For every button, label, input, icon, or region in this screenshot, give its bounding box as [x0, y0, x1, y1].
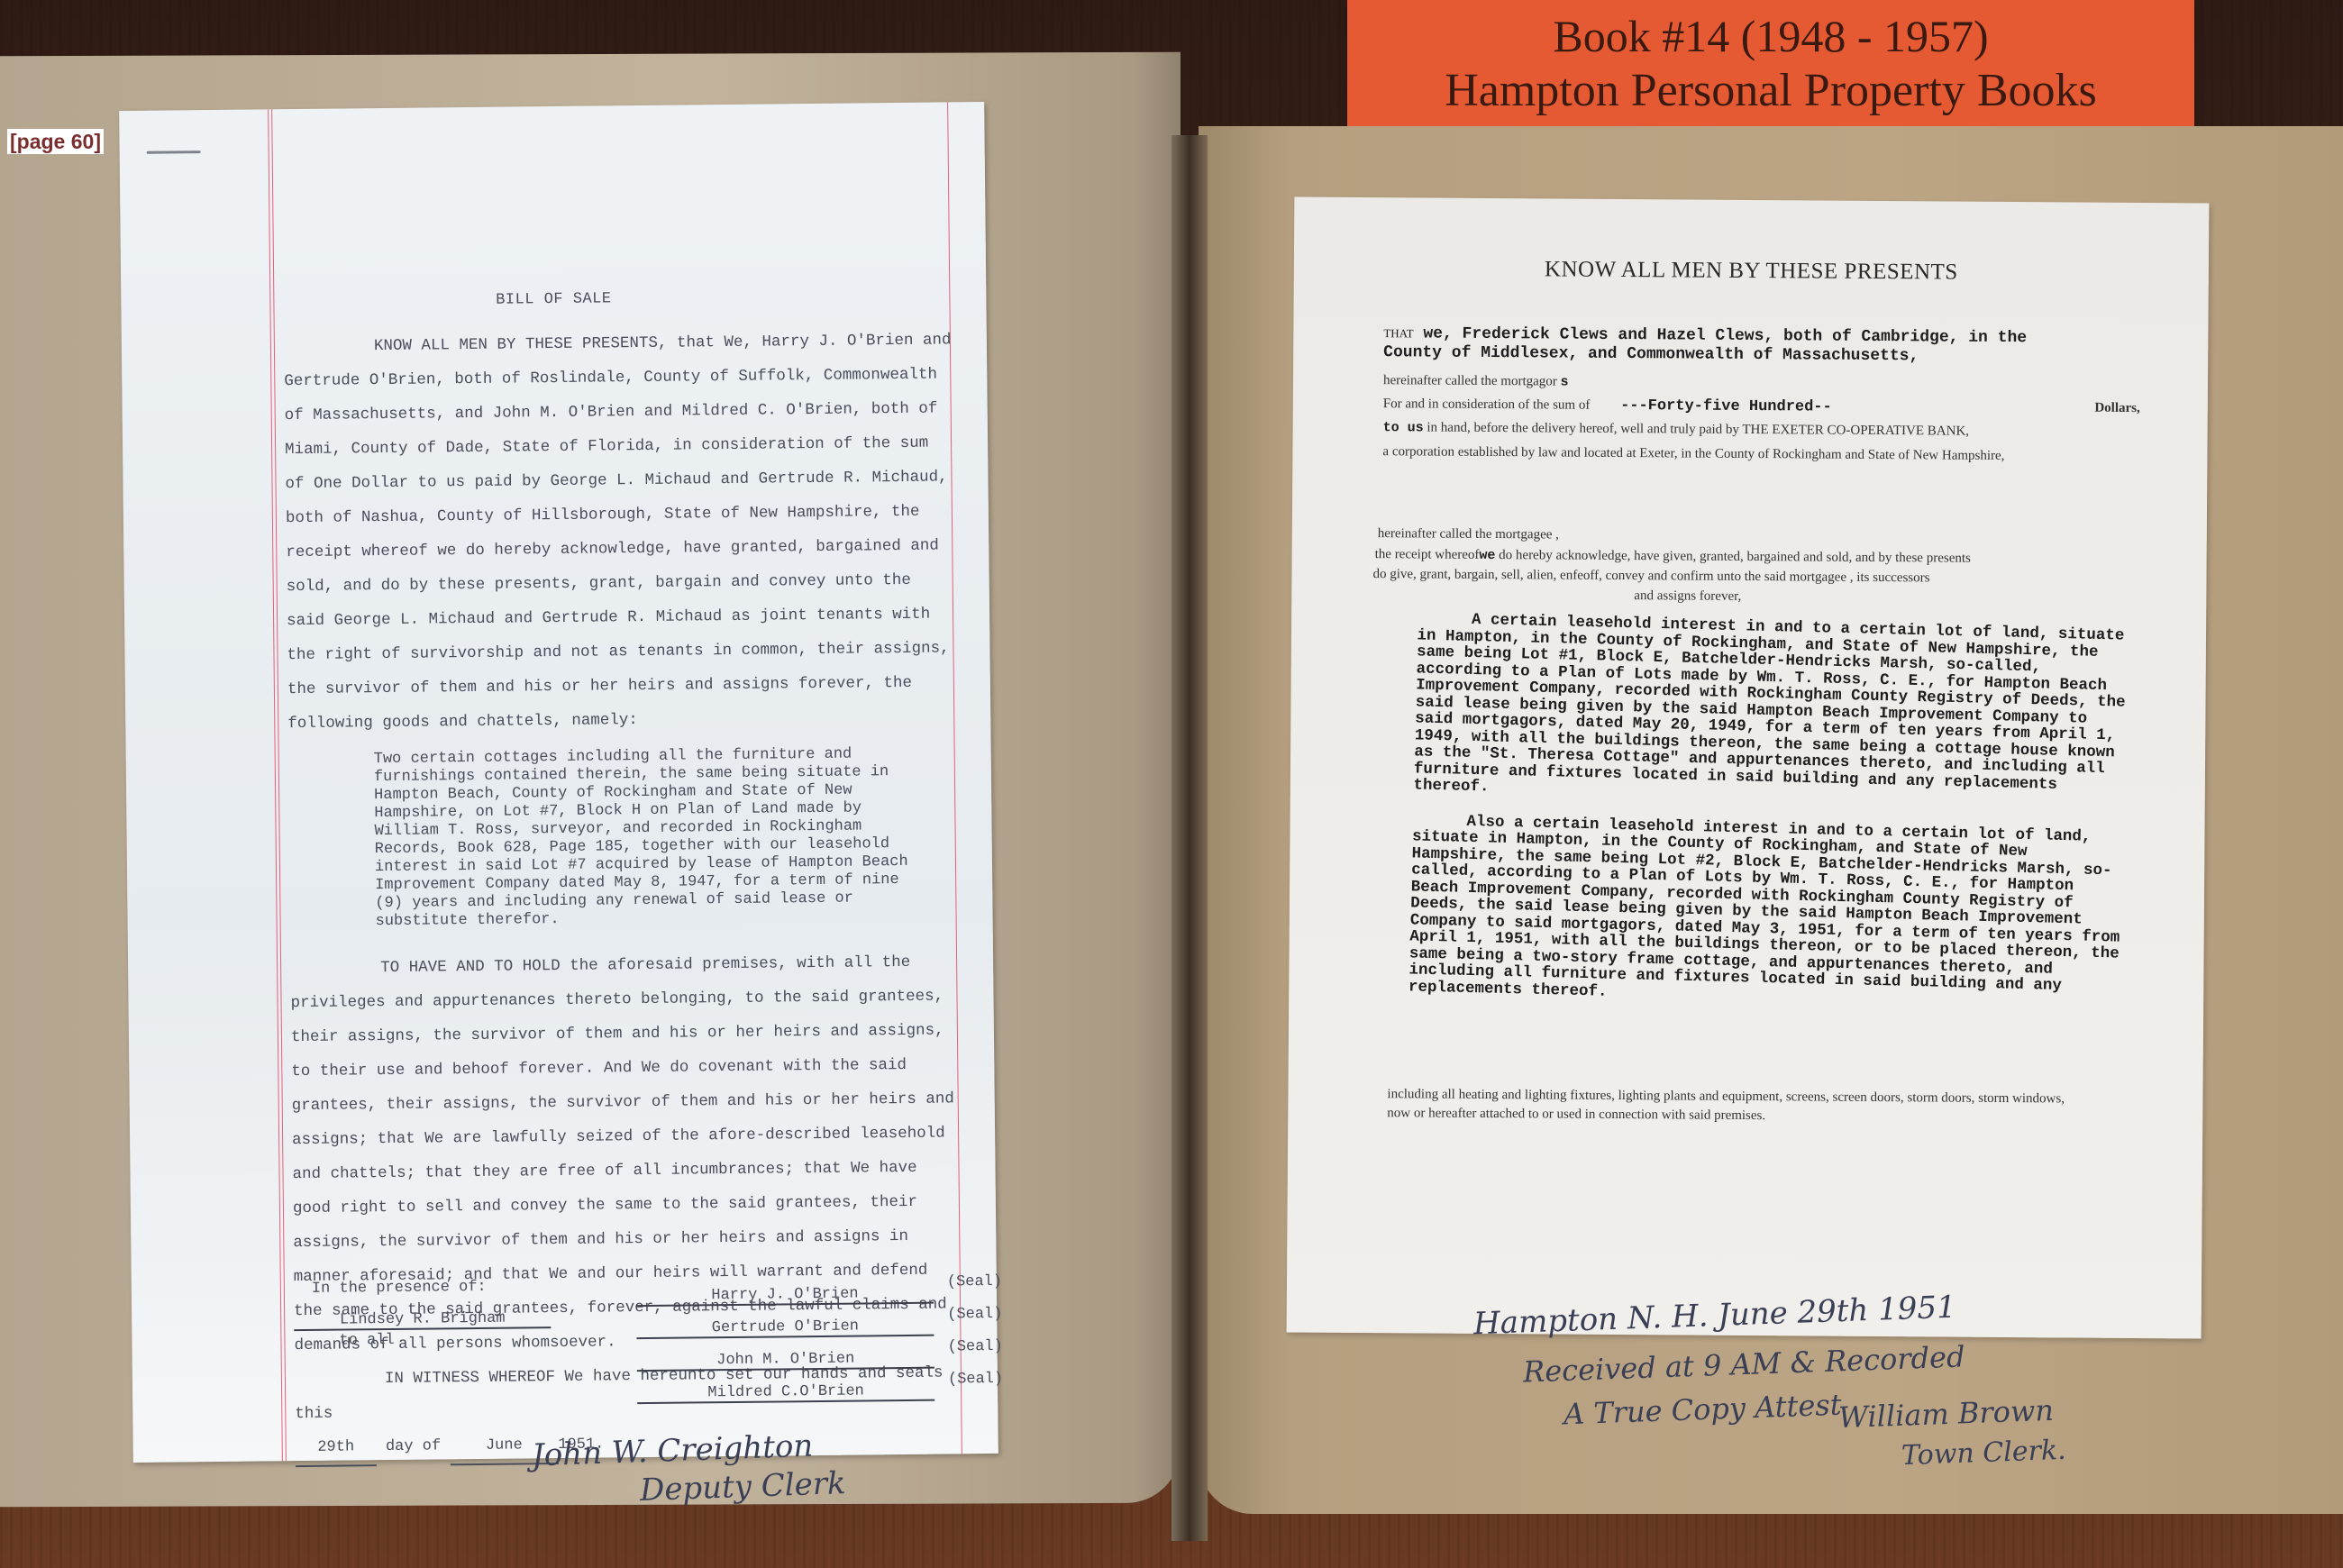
- deputy-clerk-title: Deputy Clerk: [639, 1465, 846, 1509]
- fixtures-clause: including all heating and lighting fixtu…: [1387, 1085, 2072, 1127]
- receipt-we: we: [1479, 548, 1495, 563]
- book-label-title: Book #14 (1948 - 1957): [1347, 0, 2194, 63]
- amount-value: ---Forty-five Hundred--: [1620, 397, 1832, 416]
- witness-name: Lindsey R. Brigham: [294, 1309, 551, 1331]
- lease-descriptions: A certain leasehold interest in and to a…: [1409, 610, 2129, 1012]
- signer-line: John M. O'Brien: [637, 1350, 934, 1372]
- book-label-subtitle: Hampton Personal Property Books: [1347, 63, 2194, 119]
- paid-by-text: in hand, before the delivery hereof, wel…: [1427, 421, 1969, 439]
- book-label-card: Book #14 (1948 - 1957) Hampton Personal …: [1347, 0, 2194, 144]
- parties-clause: THAT we, Frederick Clews and Hazel Clews…: [1383, 324, 2059, 367]
- receipt-line-2: do give, grant, bargain, sell, alien, en…: [1372, 567, 2039, 587]
- opening-paragraph: KNOW ALL MEN BY THESE PRESENTS, that We,…: [284, 323, 960, 741]
- consideration-label: For and in consideration of the sum of: [1383, 397, 1591, 413]
- bill-of-sale-document: BILL OF SALE KNOW ALL MEN BY THESE PRESE…: [119, 102, 998, 1463]
- signer-line: Gertrude O'Brien: [636, 1317, 934, 1339]
- dollars-label: Dollars,: [2094, 401, 2140, 416]
- seal-label: (Seal): [947, 1306, 1002, 1324]
- signer-line: Mildred C.O'Brien: [637, 1382, 934, 1404]
- document-title: BILL OF SALE: [121, 287, 986, 313]
- seal-label: (Seal): [947, 1273, 1002, 1291]
- receipt-line-1: the receipt whereofwe do hereby acknowle…: [1375, 547, 2141, 568]
- presence-label: In the presence of:: [312, 1279, 487, 1298]
- document-heading: KNOW ALL MEN BY THESE PRESENTS: [1294, 255, 2209, 287]
- to-us-label: to us: [1383, 420, 1424, 435]
- town-clerk-title: Town Clerk.: [1901, 1435, 2066, 1472]
- property-description: Two certain cottages including all the f…: [374, 745, 916, 931]
- page-number-badge: [page 60]: [7, 129, 104, 154]
- lease-lot-1: A certain leasehold interest in and to a…: [1413, 610, 2129, 811]
- mortgagor-suffix: s: [1561, 375, 1569, 390]
- receipt-text-a: the receipt whereof: [1375, 547, 1480, 562]
- paid-by-line: to us in hand, before the delivery hereo…: [1383, 420, 2140, 441]
- mortgagor-label: hereinafter called the mortgagor: [1383, 373, 1557, 388]
- seal-label: (Seal): [948, 1371, 1003, 1389]
- margin-line: [268, 109, 287, 1461]
- book-spine: [1171, 135, 1208, 1541]
- mortgagee-line: hereinafter called the mortgagee ,: [1378, 526, 2045, 546]
- mortgagor-line: hereinafter called the mortgagor s: [1383, 373, 2050, 393]
- mortgage-document: KNOW ALL MEN BY THESE PRESENTS THAT we, …: [1287, 196, 2210, 1338]
- corporation-line: a corporation established by law and loc…: [1382, 442, 2139, 466]
- witness-note: to all: [339, 1332, 394, 1350]
- receipt-line-3: and assigns forever,: [1634, 588, 2301, 608]
- consideration-line: For and in consideration of the sum of -…: [1383, 396, 2140, 418]
- seal-label: (Seal): [947, 1338, 1002, 1356]
- lease-lot-2: Also a certain leasehold interest in and…: [1409, 812, 2125, 1013]
- signature-area: In the presence of: Lindsey R. Brigham t…: [294, 1273, 980, 1452]
- that-label: THAT: [1383, 326, 1413, 340]
- staple-icon: [147, 150, 201, 154]
- signer-line: Harry J. O'Brien: [636, 1285, 934, 1307]
- receipt-text-b: do hereby acknowledge, have given, grant…: [1499, 548, 1971, 566]
- parties-text: we, Frederick Clews and Hazel Clews, bot…: [1383, 324, 2027, 365]
